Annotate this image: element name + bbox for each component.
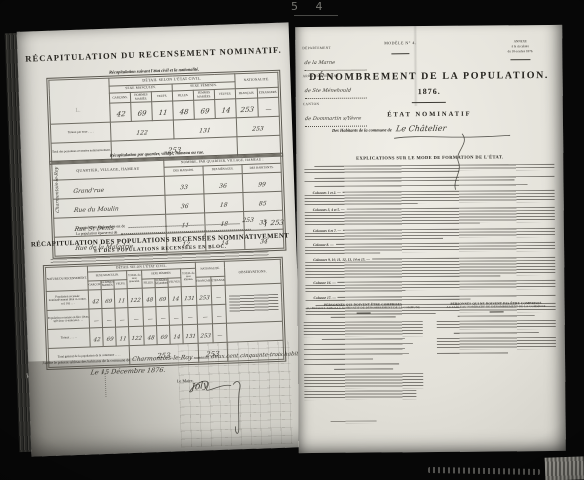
- paragraph-lead: Colonne 17. —: [313, 296, 335, 299]
- population-brace-total: 253: [270, 219, 284, 228]
- cell-value: 48: [145, 297, 153, 303]
- cell-value: 14: [171, 296, 179, 302]
- etat-nominatif-title: ÉTAT NOMINATIF: [296, 110, 563, 119]
- observations-empty: [226, 321, 283, 342]
- cell-value: —: [147, 316, 153, 322]
- excluded-title-2: AU TABLEAU NOMINATIF DE DÉNOMBREMENT DE …: [437, 305, 556, 310]
- explication-paragraph: Colonnes 3, 4 et 5. —: [305, 207, 555, 227]
- bleed-through-grid: [178, 341, 294, 448]
- value-etrangers: —: [265, 106, 272, 113]
- habitants-value: 85: [259, 200, 267, 207]
- annexe-block: ANNEXE à la circulaire du 18 octobre 187…: [491, 39, 549, 54]
- right-page: DÉPARTEMENT de la Marne ARRONDISSEMENT d…: [295, 25, 566, 453]
- cell-value: 69: [158, 297, 166, 303]
- col-filles: FILLES.: [142, 279, 155, 288]
- explications-title: EXPLICATIONS SUR LE MODE DE FORMATION DE…: [296, 154, 563, 161]
- commune-label: Des Habitants de la commune de: [332, 127, 392, 133]
- value-veuves: 14: [221, 106, 231, 114]
- denombrement-title: DÉNOMBREMENT DE LA POPULATION.: [296, 70, 563, 83]
- col-hommes-maries: HOMMES MARIÉS.: [101, 280, 114, 289]
- fold-mark-number: 8: [101, 369, 103, 374]
- total-male-header: TOTAL du sexe masculin.: [127, 270, 143, 289]
- film-frame-underline: [294, 15, 338, 16]
- annexe-rule: [510, 59, 530, 60]
- cell-value: 11: [117, 298, 125, 304]
- included-persons-column: PERSONNES QUI DOIVENT ÊTRE COMPRISES AU …: [304, 302, 424, 400]
- mayor-label: Le Maire,: [177, 378, 194, 384]
- cell-value: —: [106, 318, 112, 324]
- street-name: Grand'rue: [73, 187, 105, 195]
- totals-row-label: Totaux par sexe . . . .: [50, 122, 111, 143]
- annexe-line: du 18 octobre 1876.: [491, 49, 549, 54]
- male-total: 122: [136, 129, 148, 136]
- menages-value: 18: [220, 202, 228, 209]
- printer-imprint: [331, 420, 377, 423]
- col-veuves: VEUVES.: [168, 278, 181, 287]
- value-veufs: 11: [158, 109, 168, 117]
- mayor-signature-name: Joly: [191, 380, 208, 393]
- cell-value: 253: [200, 333, 211, 339]
- rules-columns: PERSONNES QUI DOIVENT ÊTRE COMPRISES AU …: [304, 301, 557, 400]
- paragraph-lead: Colonnes 3, 4 et 5. —: [313, 209, 345, 212]
- left-page: RÉCAPITULATION DU RECENSEMENT NOMINATIF.…: [17, 22, 304, 456]
- commune-value: Le Châtelier: [395, 124, 447, 133]
- female-total: 131: [199, 127, 211, 134]
- adjacent-page-fragment: [545, 456, 584, 480]
- modele-number: MODÈLE N° 4.: [355, 40, 445, 46]
- agglomeree-value: 253: [242, 217, 254, 224]
- cell-value: —: [160, 316, 166, 322]
- value-femmes-mariees: 69: [200, 107, 210, 115]
- explication-paragraph: Colonnes 6 et 7. —: [305, 227, 555, 241]
- nationality-header: NATIONALITÉ.: [195, 261, 225, 277]
- nationality-header: NATIONALITÉ.: [235, 72, 279, 88]
- cell-value: 11: [119, 336, 127, 342]
- microfilm-scan: 5 4 W RÉCAPITULATION DU RECENSEMENT NOMI…: [0, 0, 584, 480]
- film-frame-number: 5 4: [291, 0, 330, 13]
- total-female-header: TOTAL du sexe féminin.: [181, 268, 197, 287]
- cell-value: —: [93, 318, 99, 324]
- observations-header: OBSERVATIONS.: [224, 259, 281, 285]
- civil-table-corner-cell: [49, 78, 110, 124]
- left-page-title: RÉCAPITULATION DU RECENSEMENT NOMINATIF.: [17, 44, 289, 63]
- menages-value: 36: [219, 183, 227, 190]
- departement-label: DÉPARTEMENT: [302, 46, 366, 51]
- paragraph-lead: Colonnes 6 et 7. —: [313, 229, 341, 232]
- cell-value: —: [133, 317, 139, 323]
- maisons-value: 36: [181, 203, 189, 210]
- cell-value: 69: [106, 337, 114, 343]
- paragraph-lead: Colonnes 9, 10, 11, 12, 13, 14 et 15. —: [313, 258, 370, 261]
- paragraph-lead: Colonne 8. —: [313, 244, 334, 247]
- cell-value: 42: [93, 337, 101, 343]
- cell-value: —: [216, 295, 222, 301]
- explication-paragraph: Colonnes 9, 10, 11, 12, 13, 14 et 15. —: [305, 256, 555, 279]
- cell-value: 48: [147, 335, 155, 341]
- year-label: 1876.: [296, 86, 563, 97]
- observations-cell: [225, 283, 282, 323]
- nature-header: NATURE DU RECENSEMENT.: [45, 266, 88, 291]
- commune-line: Des Habitants de la commune de Le Châtel…: [332, 124, 446, 134]
- paragraph-lead: Colonnes 1 et 2. —: [313, 191, 341, 194]
- attestation-mid: contenant: [194, 355, 209, 360]
- habitants-value: 99: [258, 181, 266, 188]
- explications-paragraphs: Colonnes 1 et 2. — Colonnes 3, 4 et 5. —…: [304, 164, 555, 320]
- explication-paragraph: Colonne 16. —: [305, 280, 555, 294]
- canton-label: CANTON: [303, 102, 367, 107]
- observation-note: [229, 303, 278, 313]
- cell-value: —: [202, 314, 208, 320]
- cell-value: 122: [131, 336, 142, 342]
- explication-paragraph: [304, 175, 554, 183]
- paragraph-lead: Colonne 16. —: [313, 282, 335, 285]
- included-title-2: AU PRÉSENT TABLEAU NOMINATIF DE DÉNOMBRE…: [304, 306, 423, 311]
- cell-value: 69: [104, 299, 112, 305]
- col-veufs: VEUFS.: [114, 280, 127, 289]
- col-femmes-mariees: FEMMES MARIÉES.: [155, 278, 168, 287]
- title-rule: [412, 102, 446, 103]
- fold-mark: [105, 373, 107, 397]
- row-bloc-label: Population recensée en bloc (états spéci…: [47, 309, 90, 329]
- population-brace: }: [263, 217, 268, 227]
- col-garcons: GARÇONS.: [88, 281, 101, 290]
- street-name: Rue du Moulin: [74, 205, 120, 214]
- departement-value: de la Marne: [304, 60, 335, 66]
- excluded-persons-column: PERSONNES QUI NE DOIVENT PAS ÊTRE COMPRI…: [437, 301, 557, 399]
- signature-flourish: [187, 376, 259, 438]
- value-filles: 48: [179, 108, 189, 116]
- cell-value: 131: [183, 296, 194, 302]
- date-line: Le 15 Décembre 1876.: [90, 366, 166, 377]
- explication-paragraph: Colonne 8. —: [305, 242, 555, 256]
- film-debris-speckles: [428, 467, 540, 475]
- cell-value: —: [216, 314, 222, 320]
- cell-value: —: [217, 333, 223, 339]
- attestation-pre: J'arrête le présent tableau des habitant…: [42, 358, 130, 365]
- cell-value: —: [173, 315, 179, 321]
- cell-value: 253: [199, 295, 210, 301]
- cell-value: 69: [160, 335, 168, 341]
- explication-paragraph: [304, 164, 554, 175]
- cell-value: 131: [185, 334, 196, 340]
- value-garcons: 42: [116, 110, 126, 118]
- nationality-total: 253: [252, 125, 264, 132]
- cell-value: 14: [173, 334, 181, 340]
- modele-rule: [391, 53, 409, 54]
- maisons-value: 33: [180, 184, 188, 191]
- value-hommes-maries: 69: [137, 109, 147, 117]
- cell-value: 42: [91, 299, 99, 305]
- explication-paragraph: Colonnes 1 et 2. —: [305, 189, 555, 206]
- value-francais: 253: [240, 106, 254, 115]
- cell-value: 122: [130, 298, 141, 304]
- cell-value: —: [187, 315, 193, 321]
- totals-label: Totaux . . . . .: [48, 328, 91, 348]
- row-nominative-label: Population recensée nominativement (état…: [46, 290, 89, 310]
- cell-value: —: [119, 317, 125, 323]
- attestation-commune: Charmontois-le-Roy: [131, 354, 192, 363]
- explication-paragraph: [305, 184, 555, 189]
